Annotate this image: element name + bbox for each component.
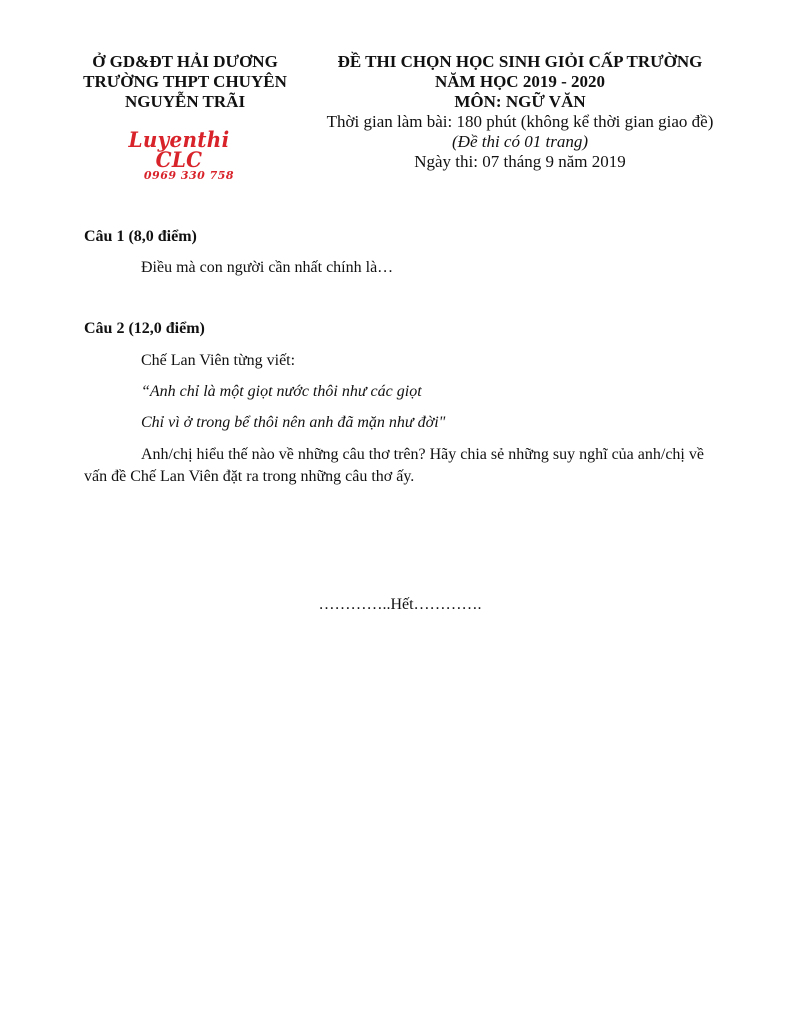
end-mark: …………..Hết…………. bbox=[0, 596, 800, 614]
duration: Thời gian làm bài: 180 phút (không kể th… bbox=[310, 112, 730, 132]
question-1-prompt: Điều mà con người cần nhất chính là… bbox=[84, 257, 724, 279]
exam-date: Ngày thi: 07 tháng 9 năm 2019 bbox=[310, 152, 730, 172]
issuer-line-2: TRƯỜNG THPT CHUYÊN bbox=[70, 72, 300, 92]
issuer-line-3: NGUYỄN TRÃI bbox=[70, 92, 300, 112]
poem-line-2: Chỉ vì ở trong bể thôi nên anh đã mặn nh… bbox=[84, 412, 724, 434]
logo-name: Luyenthi CLC bbox=[108, 130, 251, 170]
issuer-line-1: Ở GD&ĐT HẢI DƯƠNG bbox=[70, 52, 300, 72]
exam-header-block: ĐỀ THI CHỌN HỌC SINH GIỎI CẤP TRƯỜNG NĂM… bbox=[310, 52, 730, 172]
question-1-title: Câu 1 (8,0 điểm) bbox=[84, 228, 197, 246]
logo-watermark: Luyenthi CLC 0969 330 758 bbox=[104, 130, 254, 182]
poem-line-1: “Anh chỉ là một giọt nước thôi như các g… bbox=[84, 381, 724, 403]
issuing-school-block: Ở GD&ĐT HẢI DƯƠNG TRƯỜNG THPT CHUYÊN NGU… bbox=[70, 52, 300, 112]
subject: MÔN: NGỮ VĂN bbox=[310, 92, 730, 112]
school-year: NĂM HỌC 2019 - 2020 bbox=[310, 72, 730, 92]
question-2-title: Câu 2 (12,0 điểm) bbox=[84, 320, 205, 338]
page-note: (Đề thi có 01 trang) bbox=[310, 132, 730, 152]
question-2-intro: Chế Lan Viên từng viết: bbox=[84, 350, 724, 372]
question-2-prompt: Anh/chị hiểu thế nào về những câu thơ tr… bbox=[84, 444, 724, 488]
exam-title: ĐỀ THI CHỌN HỌC SINH GIỎI CẤP TRƯỜNG bbox=[310, 52, 730, 72]
